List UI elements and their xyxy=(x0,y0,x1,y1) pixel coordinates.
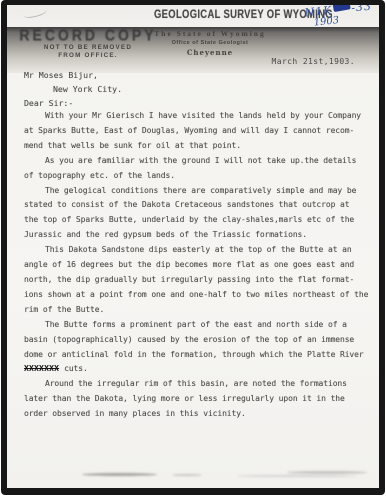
letterhead: The State of Wyoming Office of State Geo… xyxy=(135,29,285,57)
letter-line: later than the Dakota, lying more or les… xyxy=(24,392,378,407)
recipient-name: Mr Moses Bijur, xyxy=(24,68,122,82)
recipient-city: New York City. xyxy=(24,82,122,96)
letter-line: As you are familiar with the ground I wi… xyxy=(24,154,378,169)
letter-line: basin (topographically) caused by the er… xyxy=(24,333,378,348)
letter-line: angle of 16 degrees but the dip becomes … xyxy=(24,258,378,273)
letter-line: ions shown at a point from one and one-h… xyxy=(24,288,378,303)
letter-line: mend that wells be sunk for oil at that … xyxy=(24,139,378,154)
scan-shadow-band: RECORD COPY NOT TO BE REMOVED FROM OFFIC… xyxy=(7,27,379,73)
scan-smudge xyxy=(82,473,157,476)
struck-out-word: XXXXXXX xyxy=(24,364,59,373)
letterhead-office: Office of State Geologist xyxy=(135,40,285,46)
letterhead-state: The State of Wyoming xyxy=(135,29,285,38)
letterhead-city: Cheyenne xyxy=(135,48,285,57)
scan-smudge xyxy=(172,474,202,476)
catalog-suffix: -33 xyxy=(351,5,373,15)
letter-line: The Butte forms a prominent part of the … xyxy=(24,318,378,333)
ink-blot-icon xyxy=(333,5,351,12)
address-block: Mr Moses Bijur, New York City. Dear Sir:… xyxy=(24,68,122,110)
letter-line: The gelogical conditions there are compa… xyxy=(24,184,378,199)
letter-line: of topography etc. of the lands. xyxy=(24,169,378,184)
letter-line: dome or anticlinal fold in the formation… xyxy=(24,348,378,363)
salutation: Dear Sir:- xyxy=(24,96,122,110)
letter-date: March 21st,1903. xyxy=(272,57,355,66)
pencil-squiggle-mark xyxy=(22,5,47,20)
letter-line: Jurassic and the red gypsum beds of the … xyxy=(24,228,378,243)
letter-line: north, the dip gradually but irregularly… xyxy=(24,273,378,288)
letter-body: With your Mr Gierisch I have visited the… xyxy=(24,109,378,422)
letter-line: the top of Sparks Butte, underlaid by th… xyxy=(24,213,378,228)
scan-smudge xyxy=(287,471,367,474)
letter-line: rim of the Butte. xyxy=(24,303,378,318)
letter-line-fragment: cuts. xyxy=(64,364,88,373)
letter-line: With your Mr Gierisch I have visited the… xyxy=(24,109,378,124)
letter-line: This Dakota Sandstone dips easterly at t… xyxy=(24,243,378,258)
letter-line: order observed in many places in this vi… xyxy=(24,407,378,422)
letter-line-struck: XXXXXXXcuts. xyxy=(24,362,378,377)
scan-border-frame: GEOLOGICAL SURVEY OF WYOMING N1K-33 1903… xyxy=(1,0,385,495)
letter-line: at Sparks Butte, East of Douglas, Wyomin… xyxy=(24,124,378,139)
letter-line: Around the irregular rim of this basin, … xyxy=(24,377,378,392)
handwritten-catalog-annotation: N1K-33 1903 xyxy=(304,5,374,29)
letter-page: GEOLOGICAL SURVEY OF WYOMING N1K-33 1903… xyxy=(7,5,379,488)
letter-line: stated to consist of the Dakota Cretaceo… xyxy=(24,198,378,213)
scan-smudge xyxy=(237,475,357,477)
